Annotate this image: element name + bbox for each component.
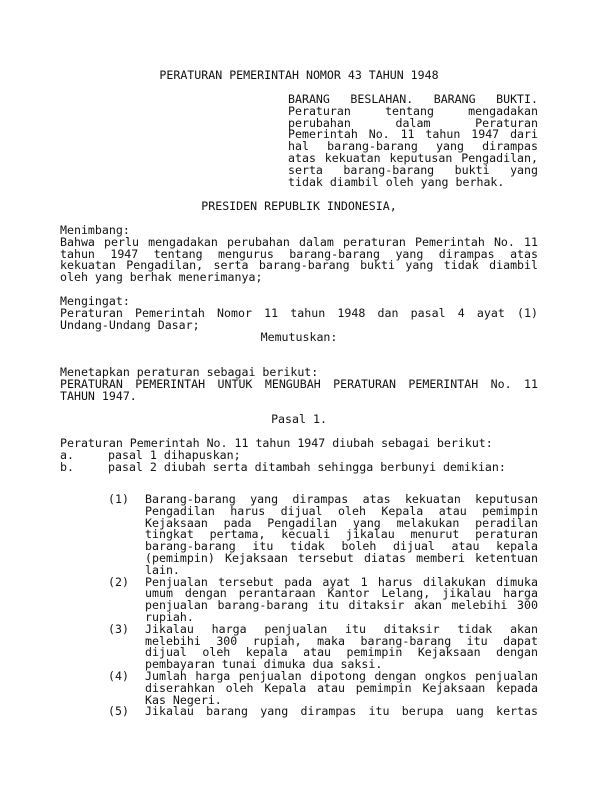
issuer-heading: PRESIDEN REPUBLIK INDONESIA, bbox=[60, 201, 538, 213]
document-title: PERATURAN PEMERINTAH NOMOR 43 TAHUN 1948 bbox=[60, 70, 538, 82]
ayat-list: (1) Barang-barang yang dirampas atas kek… bbox=[108, 494, 538, 718]
ayat-number: (5) bbox=[108, 706, 145, 718]
menetapkan-section: Menetapkan peraturan sebagai berikut: PE… bbox=[60, 367, 538, 402]
ayat-4: (4) Jumlah harga penjualan dipotong deng… bbox=[108, 671, 538, 706]
memutuskan-heading: Memutuskan: bbox=[60, 332, 538, 344]
menetapkan-line: TAHUN 1947. bbox=[60, 391, 538, 403]
ayat-number: (1) bbox=[108, 494, 145, 577]
mengingat-section: Mengingat: Peraturan Pemerintah Nomor 11… bbox=[60, 296, 538, 331]
pasal-1-intro-section: Peraturan Pemerintah No. 11 tahun 1947 d… bbox=[60, 438, 538, 473]
ayat-1: (1) Barang-barang yang dirampas atas kek… bbox=[108, 494, 538, 577]
summary-line: tidak diambil oleh yang berhak. bbox=[288, 177, 538, 189]
ayat-5: (5) Jikalau barang yang dirampas itu ber… bbox=[108, 706, 538, 718]
ayat-line: penjualan barang-barang itu ditaksir aka… bbox=[145, 600, 538, 612]
point-b: b. pasal 2 diubah serta ditambah sehingg… bbox=[60, 462, 538, 474]
ayat-3: (3) Jikalau harga penjualan itu ditaksir… bbox=[108, 624, 538, 671]
ayat-number: (3) bbox=[108, 624, 145, 671]
point-text: pasal 2 diubah serta ditambah sehingga b… bbox=[108, 462, 506, 474]
ayat-number: (2) bbox=[108, 577, 145, 624]
pasal-1-heading: Pasal 1. bbox=[60, 414, 538, 426]
ayat-line: (pemimpin) Kejaksaan tersebut diatas mem… bbox=[145, 553, 538, 565]
regulation-summary: BARANG BESLAHAN. BARANG BUKTI. Peraturan… bbox=[288, 94, 538, 188]
menimbang-line: oleh yang berhak menerimanya; bbox=[60, 272, 538, 284]
menimbang-section: Menimbang: Bahwa perlu mengadakan peruba… bbox=[60, 225, 538, 284]
point-label: b. bbox=[60, 462, 108, 474]
ayat-2: (2) Penjualan tersebut pada ayat 1 harus… bbox=[108, 577, 538, 624]
ayat-line: Jikalau barang yang dirampas itu berupa … bbox=[145, 706, 538, 718]
ayat-number: (4) bbox=[108, 671, 145, 706]
document-page: PERATURAN PEMERINTAH NOMOR 43 TAHUN 1948… bbox=[0, 0, 612, 792]
